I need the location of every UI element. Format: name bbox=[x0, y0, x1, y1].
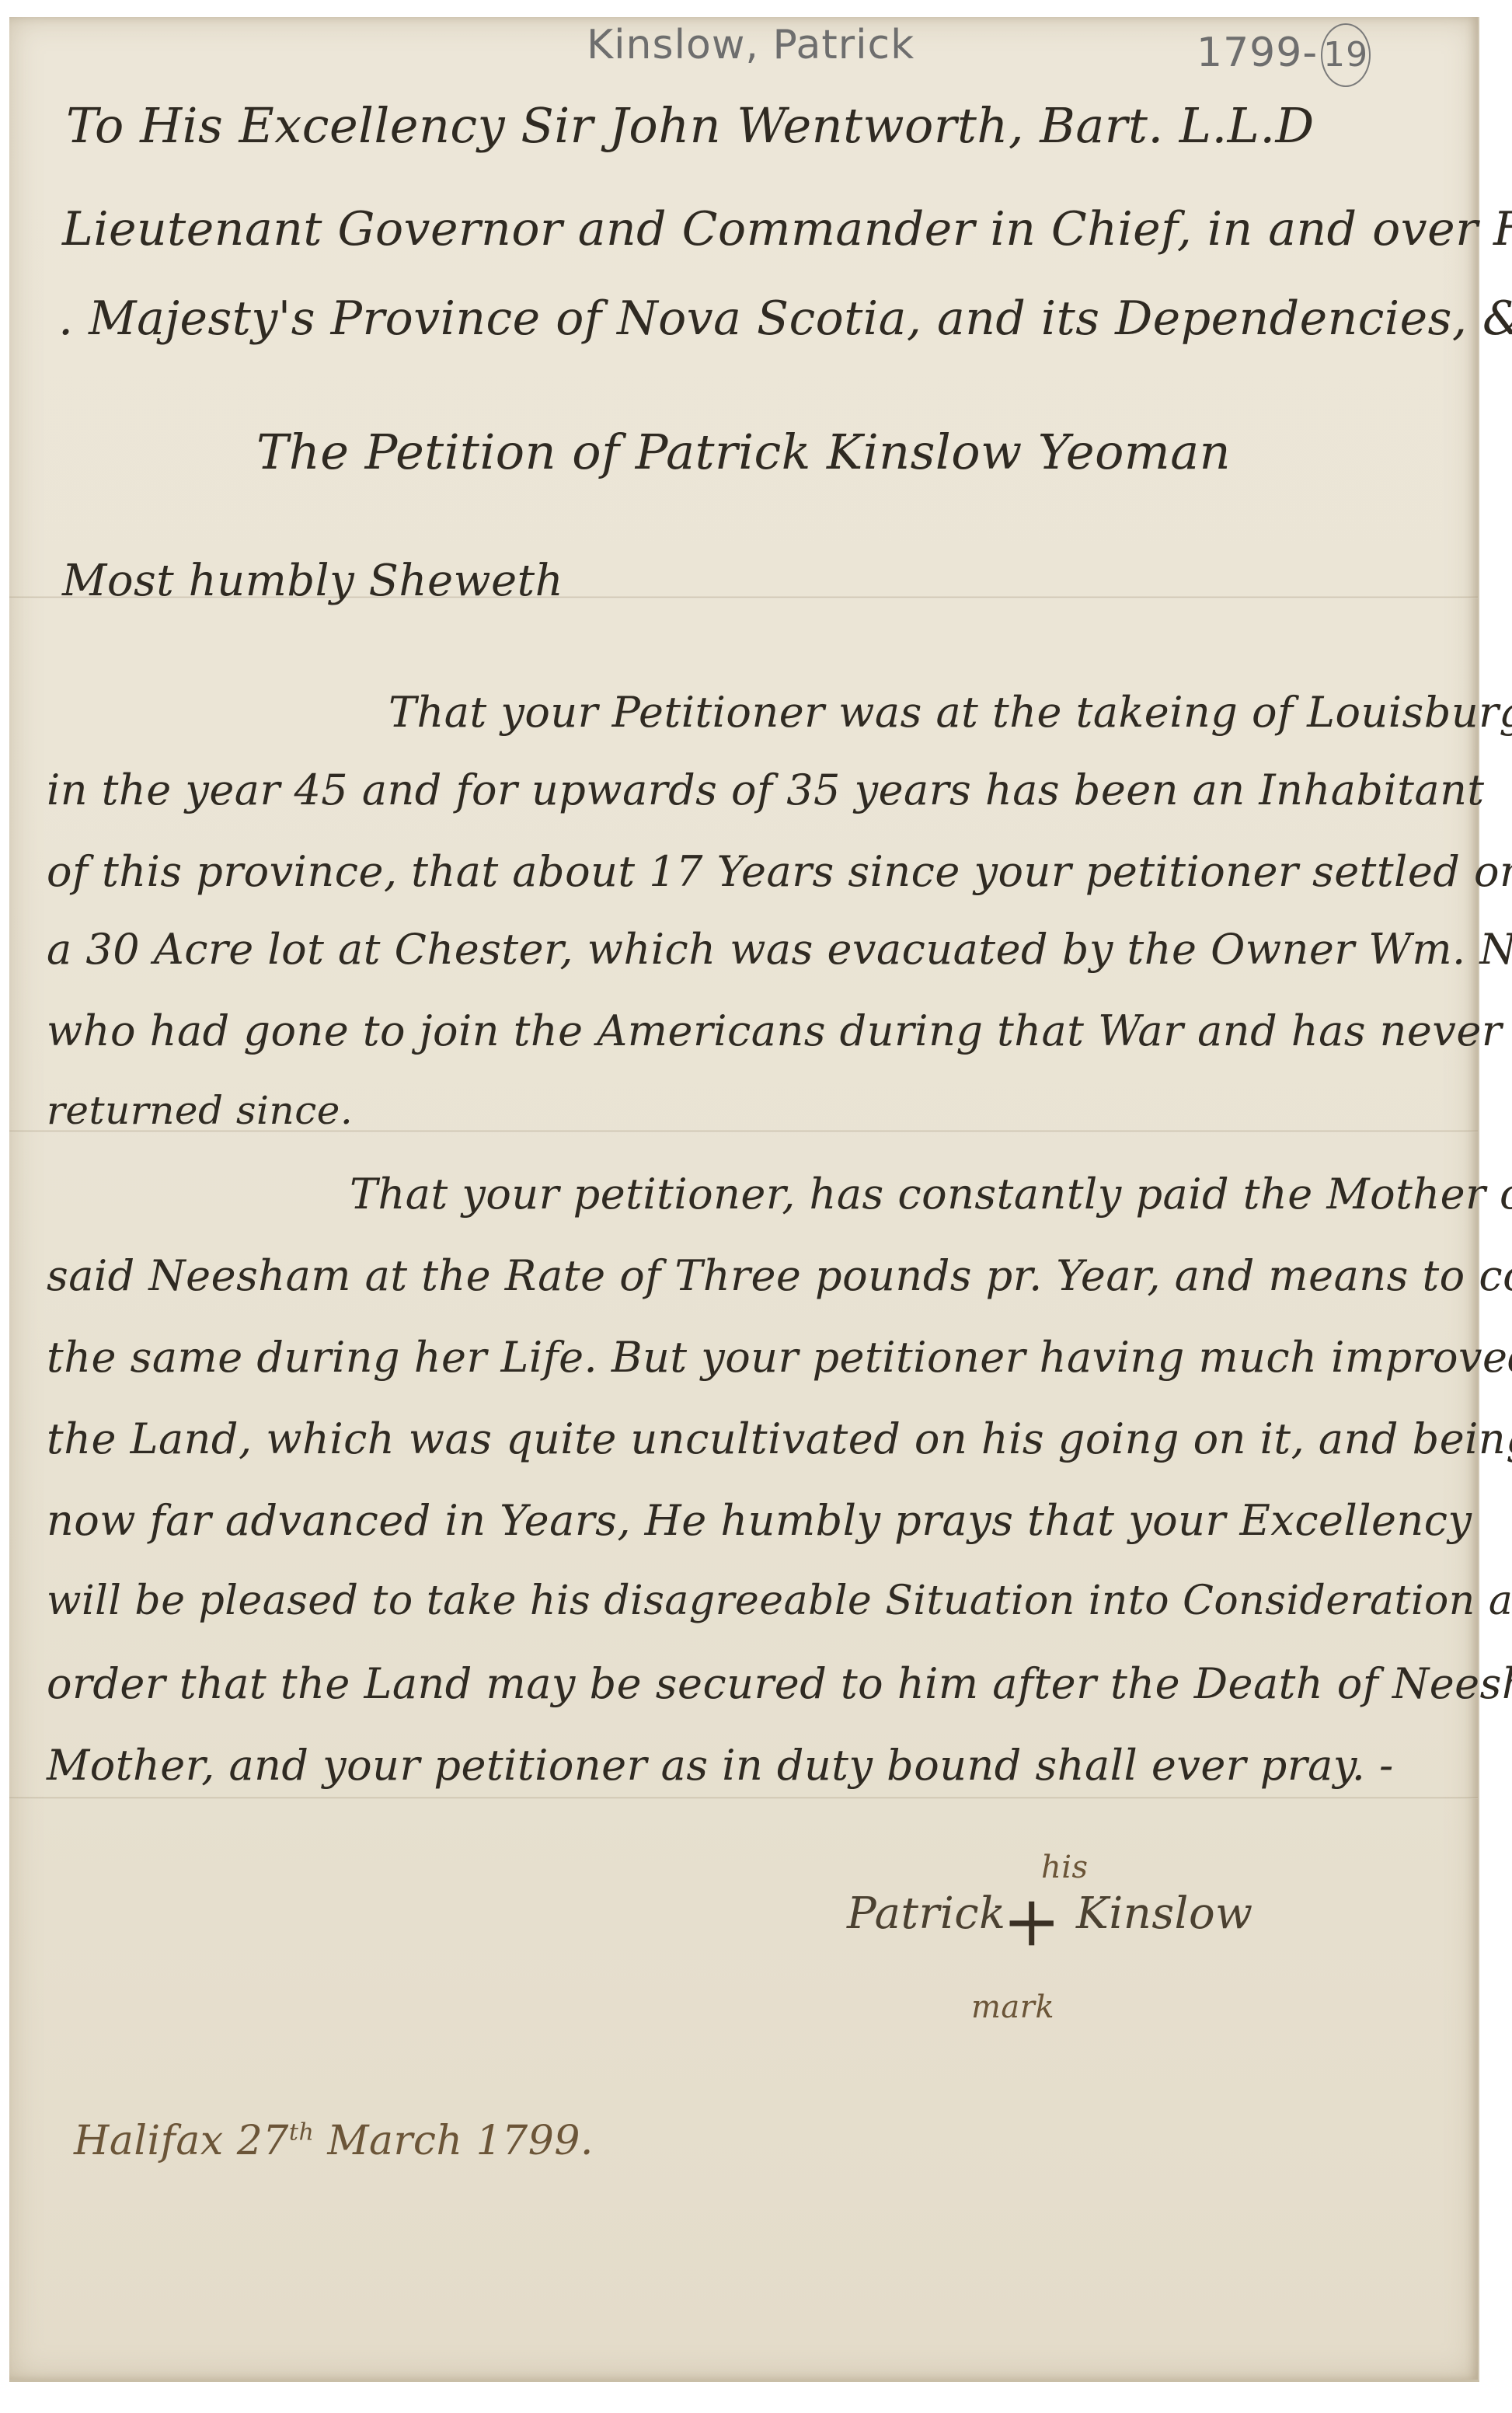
address-line-2: Lieutenant Governor and Commander in Chi… bbox=[62, 202, 1512, 256]
signature-first-name: Patrick bbox=[847, 1888, 1006, 1939]
body-line-6: returned since. bbox=[47, 1088, 353, 1133]
fold-line bbox=[9, 1797, 1478, 1799]
petition-title: The Petition of Patrick Kinslow Yeoman bbox=[256, 424, 1231, 480]
archival-name-annotation: Kinslow, Patrick bbox=[587, 22, 915, 68]
dateline-day: 27 bbox=[237, 2118, 289, 2164]
item-number-circled: 19 bbox=[1321, 23, 1371, 87]
body-line-12: will be pleased to take his disagreeable… bbox=[47, 1578, 1512, 1624]
body-line-7: That your petitioner, has constantly pai… bbox=[350, 1170, 1512, 1219]
signature-mark-label: mark bbox=[971, 1989, 1054, 2025]
body-line-14: Mother, and your petitioner as in duty b… bbox=[47, 1741, 1394, 1790]
address-line-1: To His Excellency Sir John Wentworth, Ba… bbox=[66, 97, 1315, 154]
dateline: Halifax 27th March 1799. bbox=[74, 2118, 594, 2164]
archival-year: 1799- bbox=[1197, 30, 1318, 76]
body-line-13: order that the Land may be secured to hi… bbox=[47, 1659, 1512, 1708]
dateline-day-suffix: th bbox=[289, 2119, 314, 2146]
body-line-9: the same during her Life. But your petit… bbox=[47, 1333, 1512, 1382]
body-line-1: That your Petitioner was at the takeing … bbox=[388, 688, 1512, 737]
body-line-4: a 30 Acre lot at Chester, which was evac… bbox=[47, 925, 1512, 974]
body-line-3: of this province, that about 17 Years si… bbox=[47, 847, 1512, 896]
body-line-11: now far advanced in Years, He humbly pra… bbox=[47, 1496, 1472, 1545]
body-line-5: who had gone to join the Americans durin… bbox=[47, 1006, 1502, 1055]
dateline-month: March bbox=[327, 2118, 462, 2164]
salutation: Most humbly Sheweth bbox=[62, 556, 563, 606]
signature-last-name: Kinslow bbox=[1076, 1888, 1253, 1939]
address-line-3: . Majesty's Province of Nova Scotia, and… bbox=[58, 291, 1512, 346]
signature-mark-cross: + bbox=[1002, 1881, 1061, 1962]
archival-year-annotation: 1799-19 bbox=[1197, 23, 1371, 87]
dateline-place: Halifax bbox=[74, 2118, 224, 2164]
dateline-year: 1799. bbox=[476, 2118, 594, 2164]
body-line-2: in the year 45 and for upwards of 35 yea… bbox=[47, 765, 1485, 814]
body-line-10: the Land, which was quite uncultivated o… bbox=[47, 1414, 1512, 1463]
body-line-8: said Neesham at the Rate of Three pounds… bbox=[47, 1251, 1512, 1300]
